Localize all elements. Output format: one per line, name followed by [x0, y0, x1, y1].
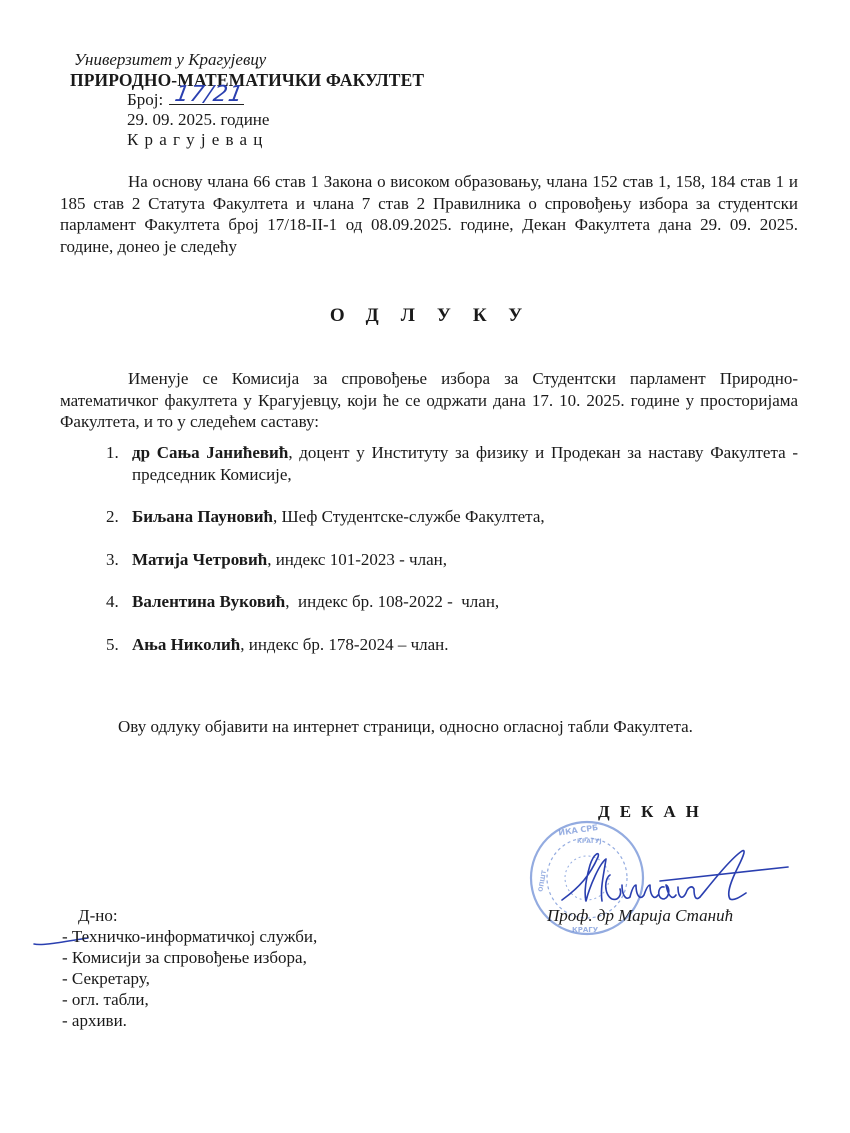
preamble-text: На основу члана 66 став 1 Закона о висок…	[60, 172, 798, 256]
dean-title: ДЕКАН	[598, 802, 709, 822]
list-item: - Секретару,	[62, 968, 317, 989]
list-item: 5. Ања Николић, индекс бр. 178-2024 – чл…	[98, 634, 798, 656]
signature-icon	[560, 845, 790, 915]
member-name: Валентина Вуковић	[132, 592, 285, 611]
list-item: 4. Валентина Вуковић, индекс бр. 108-202…	[98, 591, 798, 613]
member-name: Ања Николић	[132, 635, 240, 654]
handwritten-number: 17/21	[173, 82, 246, 107]
commission-members-list: 1. др Сања Јанићевић, доцент у Институту…	[98, 442, 798, 655]
member-role: , Шеф Студентске-службе Факултета,	[273, 507, 545, 526]
document-title: ОДЛУКУ	[0, 305, 850, 327]
svg-text:ИКА СРБ: ИКА СРБ	[558, 823, 599, 837]
svg-text:КРАГУ: КРАГУ	[572, 926, 599, 934]
member-role: , индекс бр. 108-2022 - члан,	[285, 592, 499, 611]
item-number: 2.	[106, 506, 119, 528]
preamble-paragraph: На основу члана 66 став 1 Закона о висок…	[60, 171, 798, 257]
document-city: Крагујевац	[127, 130, 269, 150]
number-field: 17/21	[169, 90, 244, 105]
member-role: , индекс бр. 178-2024 – члан.	[240, 635, 448, 654]
distribution-list: - Техничко-информатичкој служби, - Комис…	[62, 926, 317, 1031]
number-label: Број:	[127, 90, 163, 109]
university-name: Универзитет у Крагујевцу	[74, 50, 266, 70]
list-item: - Техничко-информатичкој служби,	[62, 926, 317, 947]
distribution-label: Д-но:	[78, 905, 118, 926]
list-item: 1. др Сања Јанићевић, доцент у Институту…	[98, 442, 798, 485]
document-date: 29. 09. 2025. године	[127, 110, 269, 130]
list-item: 2. Биљана Пауновић, Шеф Студентске-служб…	[98, 506, 798, 528]
member-role: , индекс 101-2023 - члан,	[267, 550, 447, 569]
item-number: 3.	[106, 549, 119, 571]
list-item: - Комисији за спровођење избора,	[62, 947, 317, 968]
list-item: - архиви.	[62, 1010, 317, 1031]
item-number: 1.	[106, 442, 119, 464]
publish-note: Ову одлуку објавити на интернет страници…	[118, 717, 693, 737]
decision-text: Именује се Комисија за спровођење избора…	[60, 369, 798, 431]
svg-text:КРАГУЈ: КРАГУЈ	[577, 838, 602, 845]
list-item: - огл. табли,	[62, 989, 317, 1010]
dean-name: Проф. др Марија Станић	[547, 906, 733, 926]
member-name: Биљана Пауновић	[132, 507, 273, 526]
member-name: Матија Четровић	[132, 550, 267, 569]
list-item: 3. Матија Четровић, индекс 101-2023 - чл…	[98, 549, 798, 571]
faculty-name: ПРИРОДНО-МАТЕМАТИЧКИ ФАКУЛТЕТ	[70, 70, 424, 91]
member-name: др Сања Јанићевић	[132, 443, 288, 462]
document-number: Број:17/21	[127, 90, 244, 110]
item-number: 5.	[106, 634, 119, 656]
decision-paragraph: Именује се Комисија за спровођење избора…	[60, 368, 798, 433]
item-number: 4.	[106, 591, 119, 613]
